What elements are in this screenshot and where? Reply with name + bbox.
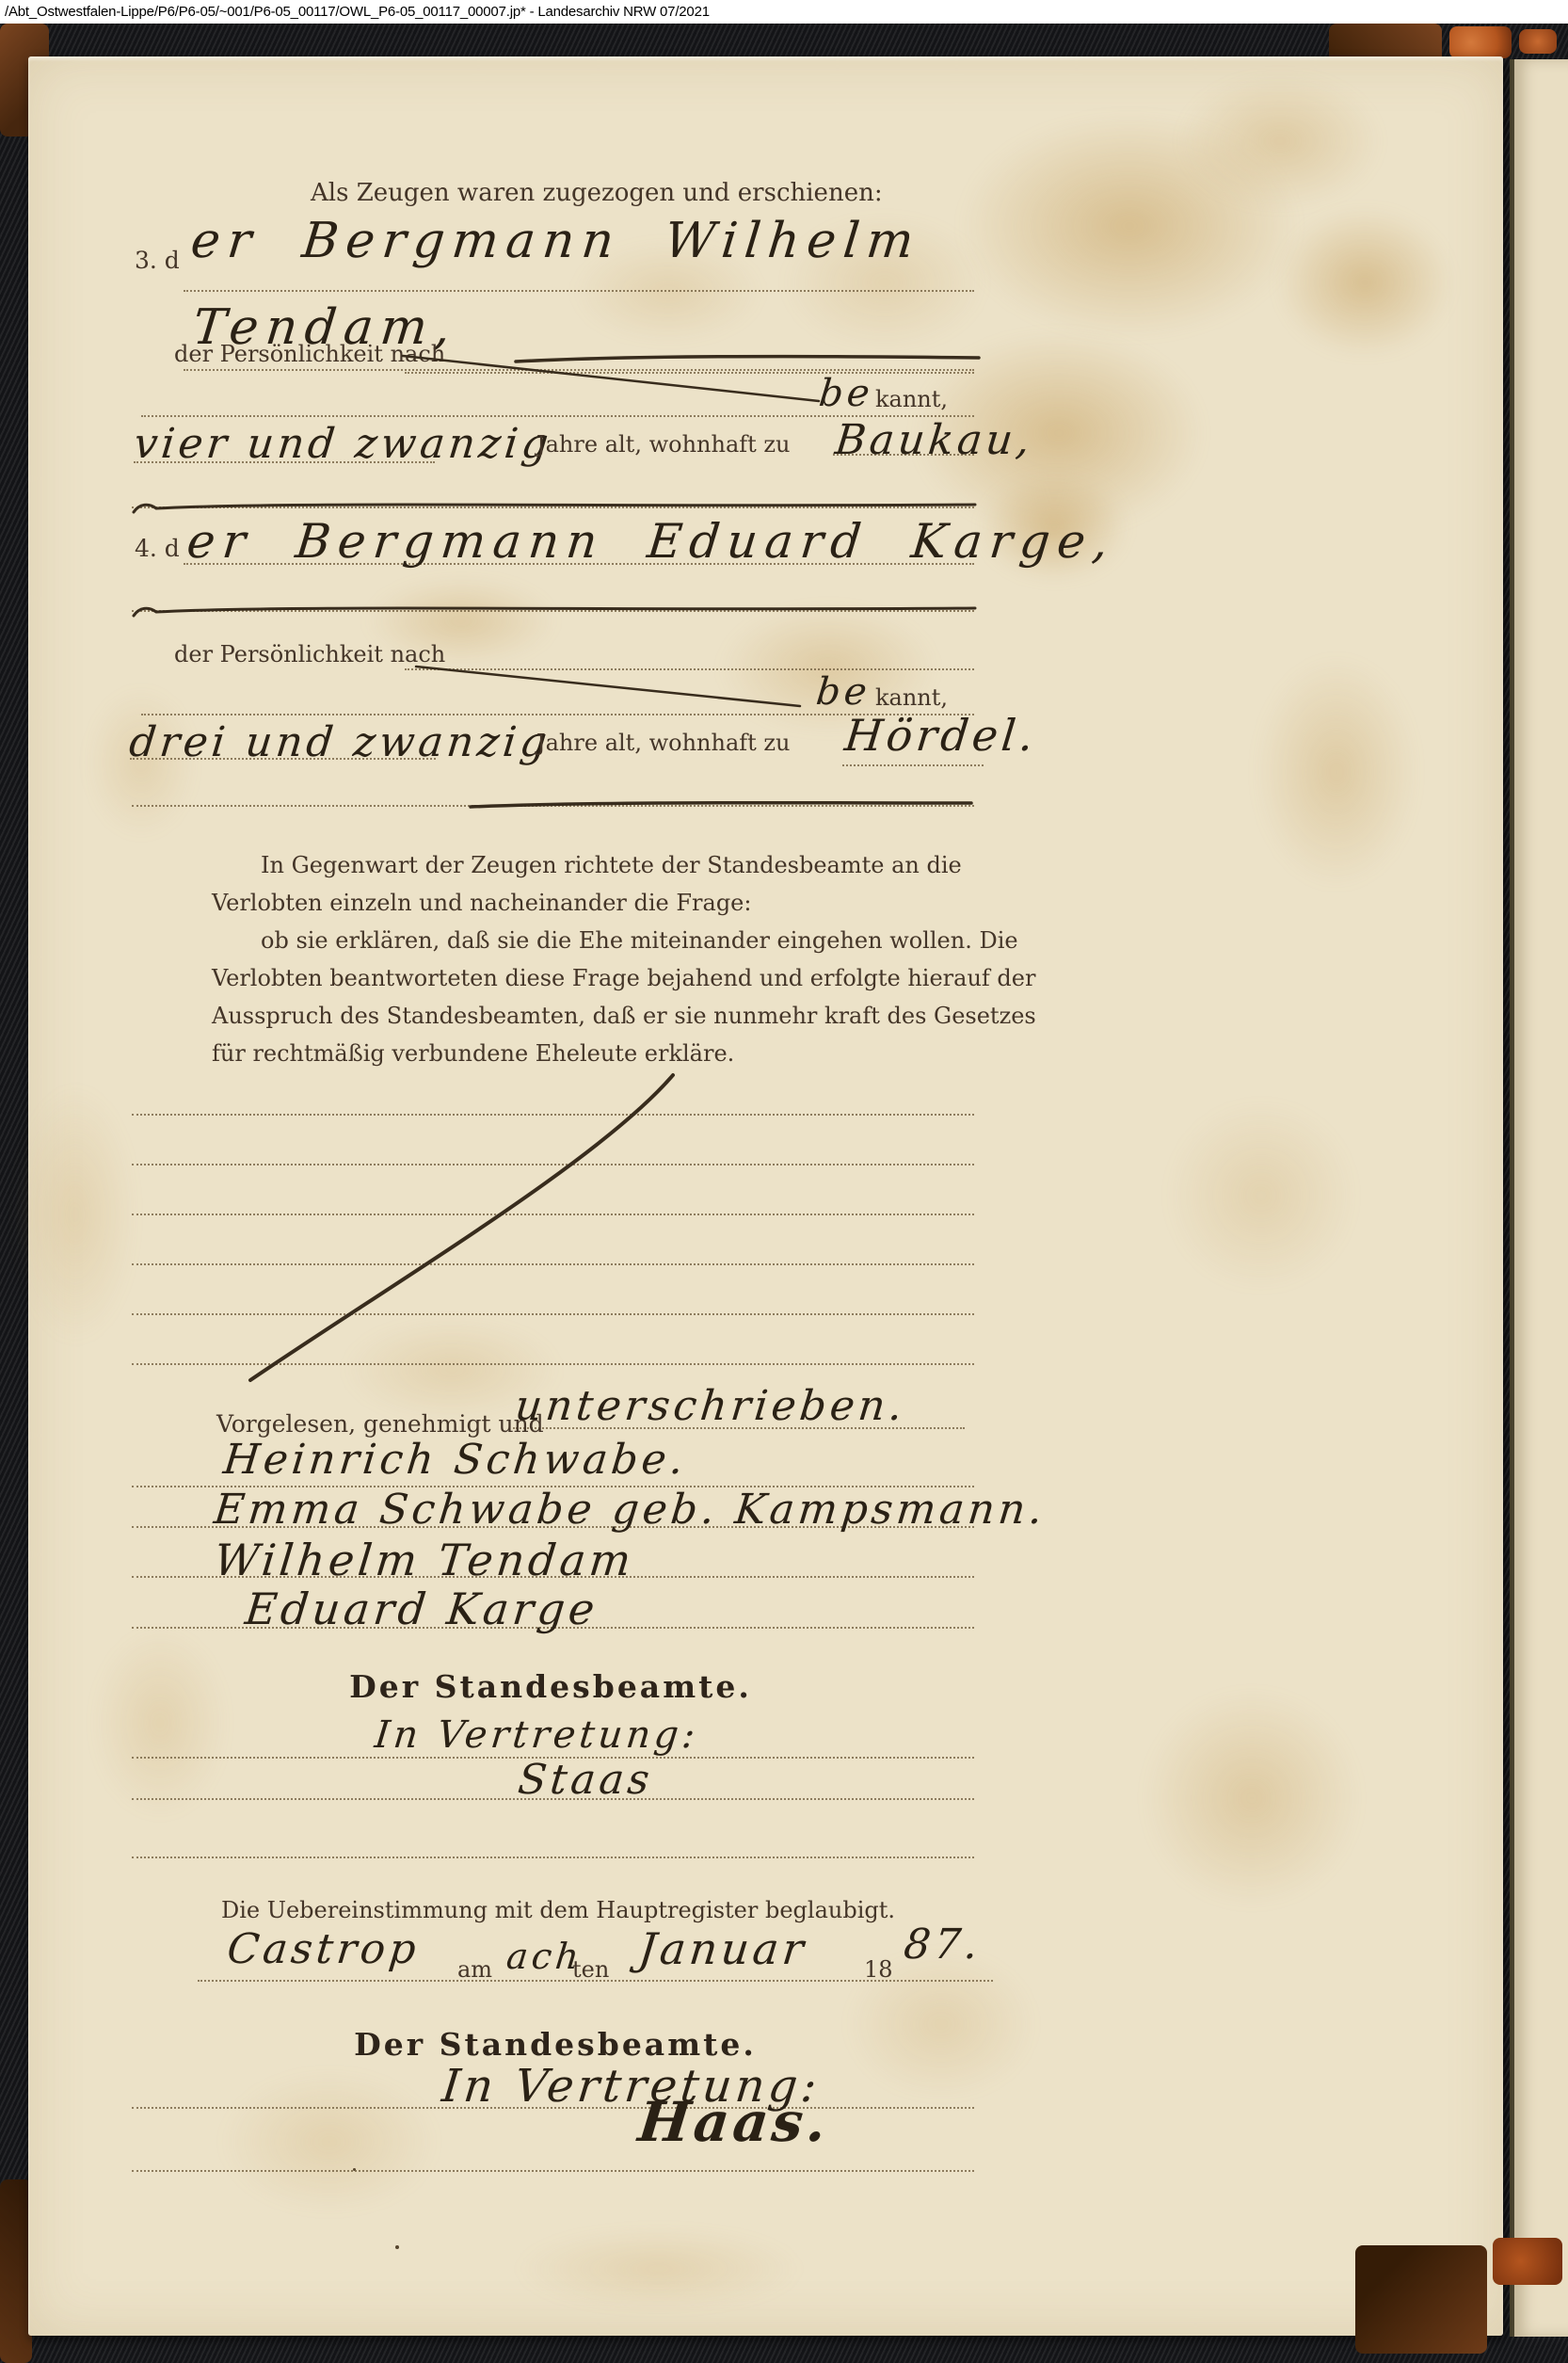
witness4-name-line1: er Bergmann Eduard Karge, [184, 514, 1118, 569]
leather-corner-bottom-right [1355, 2245, 1487, 2354]
witness4-residence: Hördel. [842, 710, 1039, 761]
registrar-title-2: Der Standesbeamte. [353, 2026, 758, 2063]
page-stain [1129, 1064, 1393, 1327]
witness4-number: 4. d [135, 535, 180, 562]
certification-ten-label: ten [572, 1956, 609, 1983]
page-stain [1242, 179, 1487, 386]
dotted-rule [184, 290, 974, 292]
certification-place: Castrop [225, 1925, 422, 1973]
witness4-identity-label: der Persönlichkeit nach [174, 641, 445, 667]
declaration-line: Verlobten beantworteten diese Frage beja… [212, 965, 1035, 991]
registrar-signature-1: Staas [516, 1756, 655, 1804]
certification-am-label: am [457, 1956, 492, 1983]
declaration-line: Verlobten einzeln und nacheinander die F… [212, 890, 751, 916]
ink-speck [395, 2245, 399, 2249]
page-stain [1101, 1648, 1402, 1949]
dotted-rule [132, 1164, 974, 1165]
marbled-edge-top-right-2 [1519, 29, 1557, 54]
dotted-rule [132, 610, 974, 612]
page-stain [66, 1591, 254, 1855]
certification-year: 87. [902, 1921, 984, 1969]
declaration-line: Ausspruch des Standesbeamten, daß er sie… [212, 1003, 1036, 1029]
witness4-known-script: be [814, 670, 872, 714]
signature-witness4: Eduard Karge [243, 1583, 600, 1634]
marbled-edge-top-right [1449, 26, 1512, 58]
dotted-rule [132, 2170, 974, 2172]
witness4-age-label: Jahre alt, wohnhaft zu [536, 730, 791, 756]
witness4-known-label: kannt, [875, 684, 948, 711]
closing-script: unterschrieben. [513, 1382, 908, 1430]
witness3-identity-label: der Persönlichkeit nach [174, 341, 445, 367]
witness4-age-script: drei und zwanzig [127, 718, 552, 766]
page-stain [1224, 612, 1449, 932]
witness3-number: 3. d [135, 247, 180, 274]
witness3-known-script: be [817, 372, 875, 415]
certification-century-label: 18 [864, 1956, 893, 1983]
leather-corner-bottom-left [0, 2179, 32, 2363]
signature-groom: Heinrich Schwabe. [221, 1436, 689, 1484]
witness3-residence: Baukau, [833, 416, 1035, 464]
dotted-rule [132, 1214, 974, 1215]
signature-witness3: Wilhelm Tendam [212, 1535, 637, 1585]
dotted-rule [132, 506, 974, 508]
next-page-edge [1510, 59, 1568, 2337]
witness3-age-label: Jahre alt, wohnhaft zu [536, 431, 791, 458]
declaration-line: für rechtmäßig verbundene Eheleute erklä… [212, 1040, 734, 1067]
dotted-rule [184, 369, 974, 371]
window-title: /Abt_Ostwestfalen-Lippe/P6/P6-05/~001/P6… [0, 0, 1568, 24]
registrar-title-1: Der Standesbeamte. [348, 1668, 753, 1705]
marbled-edge-bottom-right [1493, 2238, 1562, 2285]
registrar-signature-2: Haas. [635, 2090, 833, 2154]
dotted-rule [132, 1263, 974, 1265]
witness3-name-line1: er Bergmann Wilhelm [188, 213, 923, 269]
declaration-line: In Gegenwart der Zeugen richtete der Sta… [261, 852, 962, 878]
dotted-rule [405, 372, 974, 374]
witness3-known-label: kannt, [875, 386, 948, 412]
declaration-line: ob sie erklären, daß sie die Ehe miteina… [261, 927, 1018, 954]
closing-printed: Vorgelesen, genehmigt und [216, 1410, 544, 1438]
register-page: Als Zeugen waren zugezogen und erschiene… [28, 56, 1503, 2336]
page-stain [461, 2212, 856, 2325]
signature-bride: Emma Schwabe geb. Kampsmann. [212, 1486, 1048, 1534]
certification-line: Die Uebereinstimmung mit dem Hauptregist… [221, 1897, 895, 1923]
dotted-rule [405, 668, 974, 670]
page-stain [179, 2043, 480, 2241]
deputy-note-1: In Vertretung: [373, 1713, 701, 1757]
dotted-rule [132, 1114, 974, 1116]
dotted-rule [132, 1313, 974, 1315]
dotted-rule [132, 1363, 974, 1365]
dotted-rule [132, 1857, 974, 1858]
certification-month: Januar [636, 1923, 809, 1974]
witness3-age-script: vier und zwanzig [132, 420, 554, 468]
dotted-rule [132, 805, 974, 807]
witness-intro: Als Zeugen waren zugezogen und erschiene… [311, 179, 883, 207]
dotted-rule [842, 764, 984, 766]
pen-diagonal-witness3 [403, 356, 819, 401]
